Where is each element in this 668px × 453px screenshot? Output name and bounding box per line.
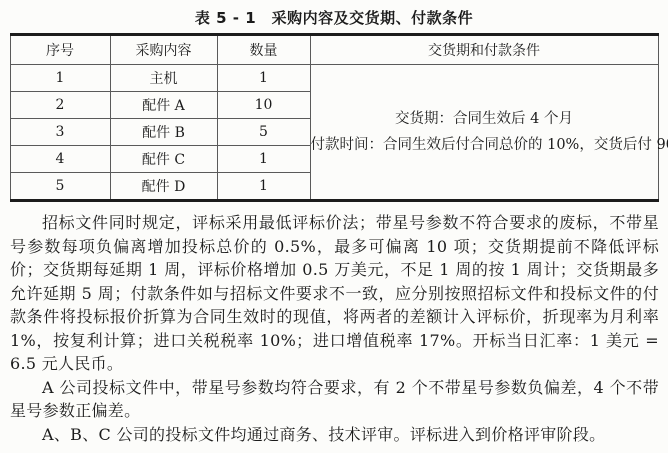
body-paragraph-company-a: A 公司投标文件中，带星号参数均符合要求，有 2 个不带星号参数负偏差，4 个不… — [10, 376, 659, 423]
delivery-terms-line: 交货期：合同生效后 4 个月 — [311, 106, 658, 132]
cell-qty: 10 — [217, 92, 310, 119]
cell-no: 4 — [10, 146, 110, 173]
cell-item: 配件 A — [110, 92, 217, 119]
conditions-cell: 交货期：合同生效后 4 个月 付款时间：合同生效后付合同总价的 10%，交货后付… — [310, 65, 658, 201]
cell-no: 5 — [10, 173, 110, 201]
table-caption: 表 5 - 1 采购内容及交货期、付款条件 — [0, 7, 668, 28]
col-header-item: 采购内容 — [110, 35, 217, 65]
table-row: 1 主机 1 交货期：合同生效后 4 个月 付款时间：合同生效后付合同总价的 1… — [10, 65, 658, 92]
cell-item: 配件 B — [110, 119, 217, 146]
cell-qty: 1 — [217, 65, 310, 92]
body-text: 招标文件同时规定，评标采用最低评标价法；带星号参数不符合要求的废标，不带星号参数… — [10, 211, 659, 446]
cell-qty: 5 — [217, 119, 310, 146]
col-header-qty: 数量 — [217, 35, 310, 65]
table-header-row: 序号 采购内容 数量 交货期和付款条件 — [10, 35, 658, 65]
procurement-table: 序号 采购内容 数量 交货期和付款条件 1 主机 1 交货期：合同生效后 4 个… — [10, 33, 659, 202]
payment-terms-line: 付款时间：合同生效后付合同总价的 10%，交货后付 90% — [311, 132, 658, 158]
cell-item: 主机 — [110, 65, 217, 92]
col-header-no: 序号 — [10, 35, 110, 65]
cell-item: 配件 C — [110, 146, 217, 173]
cell-no: 3 — [10, 119, 110, 146]
cell-qty: 1 — [217, 146, 310, 173]
cell-item: 配件 D — [110, 173, 217, 201]
body-paragraph-rules: 招标文件同时规定，评标采用最低评标价法；带星号参数不符合要求的废标，不带星号参数… — [10, 211, 659, 376]
col-header-conditions: 交货期和付款条件 — [310, 35, 658, 65]
cell-qty: 1 — [217, 173, 310, 201]
cell-no: 2 — [10, 92, 110, 119]
body-paragraph-evaluation: A、B、C 公司的投标文件均通过商务、技术评审。评标进入到价格评审阶段。 — [10, 423, 659, 447]
cell-no: 1 — [10, 65, 110, 92]
document-page: 表 5 - 1 采购内容及交货期、付款条件 序号 采购内容 数量 交货期和付款条… — [0, 0, 668, 453]
